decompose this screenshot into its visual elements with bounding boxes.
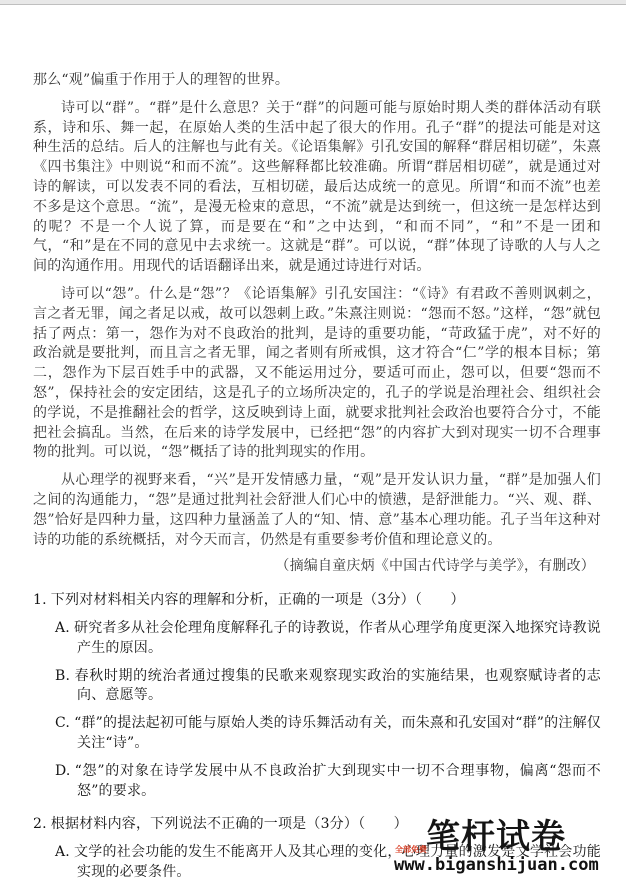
question-1: 1.下列对材料相关内容的理解和分析，正确的一项是（3分）（ ） A.研究者多从社…	[33, 591, 601, 801]
option-b-text: 春秋时期的统治者通过搜集的民歌来观察现实政治的实施结果，也观察赋诗者的志向、意愿…	[74, 668, 601, 704]
site-watermark: 笔杆试卷 全部免费 www.biganshijuan.com	[394, 818, 622, 876]
question-1-option-a: A.研究者多从社会伦理角度解释孔子的诗教说，作者从心理学角度更深入地探究诗教说产…	[55, 619, 601, 659]
option-a-label: A.	[55, 844, 70, 860]
question-2-stem-text: 根据材料内容，下列说法不正确的一项是（3分）（ ）	[51, 816, 408, 832]
question-1-number: 1.	[33, 592, 47, 608]
question-1-option-c: C.“群”的提法起初可能与原始人类的诗乐舞活动有关，而朱熹和孔安国对“群”的注解…	[55, 714, 601, 754]
option-c-label: C.	[55, 715, 70, 731]
option-d-text: “怨”的对象在诗学发展中从不良政治扩大到现实中一切不合理事物，偏离“怨而不怒”的…	[75, 763, 601, 799]
question-1-option-b: B.春秋时期的统治者通过搜集的民歌来观察现实政治的实施结果，也观察赋诗者的志向、…	[55, 667, 601, 707]
question-2-number: 2.	[33, 816, 47, 832]
source-attribution: （摘编自童庆炳《中国古代诗学与美学》，有删改）	[33, 557, 601, 577]
question-1-stem-text: 下列对材料相关内容的理解和分析，正确的一项是（3分）（ ）	[51, 592, 465, 608]
option-c-text: “群”的提法起初可能与原始人类的诗乐舞活动有关，而朱熹和孔安国对“群”的注解仅关…	[74, 715, 601, 751]
page-top-edge-strip	[0, 0, 626, 5]
option-a-label: A.	[55, 620, 70, 636]
option-b-label: B.	[55, 668, 70, 684]
watermark-url-text: www.biganshijuan.com	[394, 855, 599, 875]
question-1-stem: 1.下列对材料相关内容的理解和分析，正确的一项是（3分）（ ）	[33, 591, 601, 611]
option-d-label: D.	[55, 763, 71, 779]
option-a-text: 研究者多从社会伦理角度解释孔子的诗教说，作者从心理学角度更深入地探究诗教说产生的…	[74, 620, 601, 656]
body-paragraph-qun: 诗可以“群”。“群”是什么意思？关于“群”的问题可能与原始时期人类的群体活动有联…	[33, 99, 601, 277]
body-paragraph-yuan: 诗可以“怨”。什么是“怨”？《论语集解》引孔安国注：“《诗》有君政不善则讽刺之，…	[33, 285, 601, 463]
watermark-brand-text: 笔杆试卷	[426, 818, 622, 856]
watermark-free-badge: 全部免费	[395, 845, 427, 854]
body-paragraph-psychology: 从心理学的视野来看，“兴”是开发情感力量，“观”是开发认识力量，“群”是加强人们…	[33, 471, 601, 550]
intro-tail-line: 那么“观”偏重于作用于人的理智的世界。	[33, 71, 601, 91]
question-1-option-d: D.“怨”的对象在诗学发展中从不良政治扩大到现实中一切不合理事物，偏离“怨而不怒…	[55, 762, 601, 802]
exam-page-body: 那么“观”偏重于作用于人的理智的世界。 诗可以“群”。“群”是什么意思？关于“群…	[33, 71, 601, 883]
